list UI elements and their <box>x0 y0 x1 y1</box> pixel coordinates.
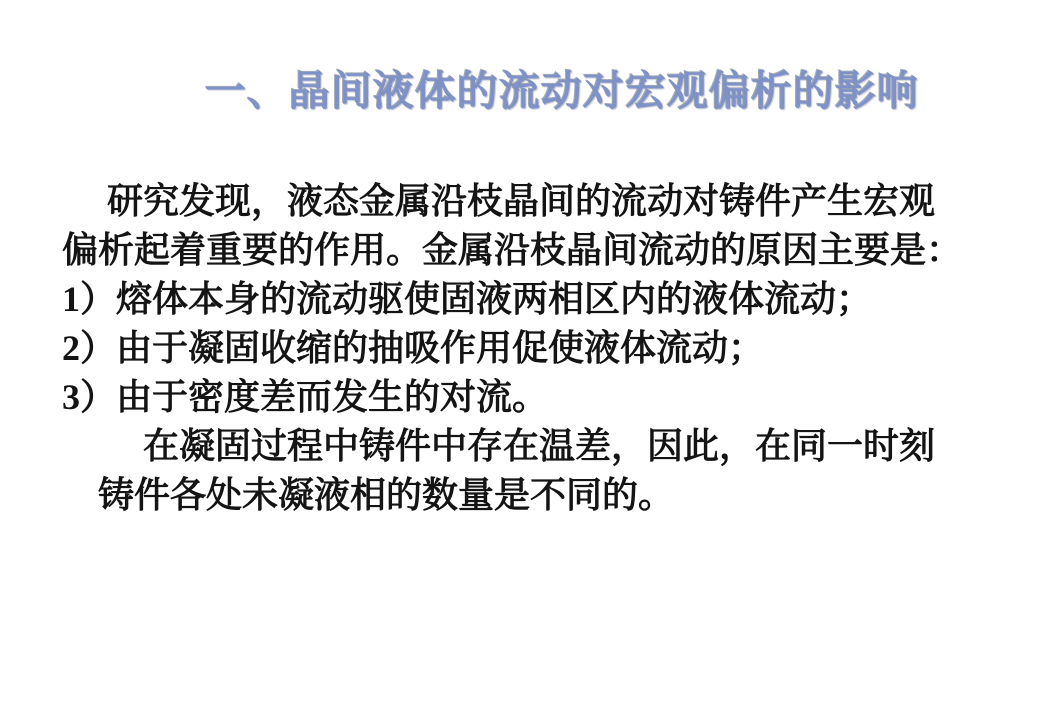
body-line-intro-1: 研究发现，液态金属沿枝晶间的流动对铸件产生宏观 <box>62 177 1002 226</box>
slide-body: 研究发现，液态金属沿枝晶间的流动对铸件产生宏观 偏析起着重要的作用。金属沿枝晶间… <box>0 177 1040 520</box>
body-line-intro-2: 偏析起着重要的作用。金属沿枝晶间流动的原因主要是： <box>62 226 1002 275</box>
body-line-conclusion-2: 铸件各处未凝液相的数量是不同的。 <box>62 471 1002 520</box>
body-line-item-3: 3）由于密度差而发生的对流。 <box>62 373 1002 422</box>
body-line-conclusion-1: 在凝固过程中铸件中存在温差，因此，在同一时刻 <box>62 422 1002 471</box>
body-line-item-1: 1）熔体本身的流动驱使固液两相区内的液体流动； <box>62 275 1002 324</box>
slide-title: 一、晶间液体的流动对宏观偏析的影响 <box>0 0 1040 117</box>
body-line-item-2: 2）由于凝固收缩的抽吸作用促使液体流动； <box>62 324 1002 373</box>
presentation-slide: 一、晶间液体的流动对宏观偏析的影响 研究发现，液态金属沿枝晶间的流动对铸件产生宏… <box>0 0 1040 720</box>
